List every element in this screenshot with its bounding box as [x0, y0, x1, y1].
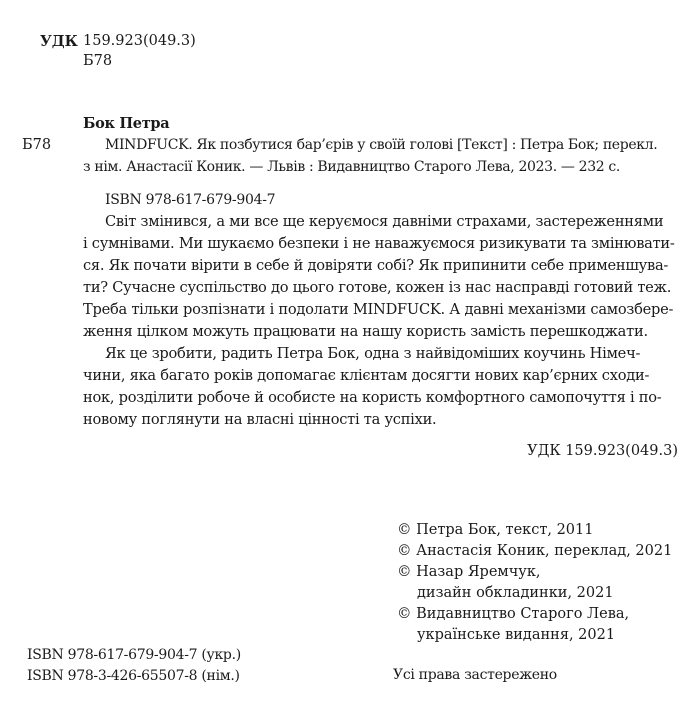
- cutter-code-left: Б78: [22, 137, 51, 153]
- udk-footer: УДК 159.923(049.3): [527, 443, 678, 459]
- annotation-line: ти? Сучасне суспільство до цього готове,…: [83, 277, 677, 299]
- udk-label: УДК: [40, 33, 78, 50]
- copyright-block: © Петра Бок, текст, 2011 © Анастасія Кон…: [397, 520, 672, 646]
- annotation-line: чини, яка багато років допомагає клієнта…: [83, 365, 677, 387]
- author-heading: Бок Петра: [83, 115, 169, 132]
- rights-notice: Усі права застережено: [393, 667, 557, 683]
- bibliographic-description-line: з нім. Анастасії Коник. — Львів : Видавн…: [83, 159, 620, 175]
- copyright-line: © Назар Яремчук,: [397, 562, 672, 583]
- copyright-line: © Петра Бок, текст, 2011: [397, 520, 672, 541]
- copyright-line: дизайн обкладинки, 2021: [397, 583, 672, 604]
- annotation-paragraph-2: Як це зробити, радить Петра Бок, одна з …: [83, 343, 677, 431]
- annotation-line: Як це зробити, радить Петра Бок, одна з …: [83, 343, 677, 365]
- bibliographic-description-line: MINDFUCK. Як позбутися бар’єрів у своїй …: [105, 137, 657, 153]
- isbn-german: ISBN 978-3-426-65507-8 (нім.): [27, 666, 241, 687]
- isbn-record: ISBN 978-617-679-904-7: [105, 192, 275, 208]
- cutter-code: Б78: [83, 53, 112, 69]
- annotation-line: новому поглянути на власні цінності та у…: [83, 409, 677, 431]
- annotation-paragraph-1: Світ змінився, а ми все ще керуємося дав…: [83, 211, 677, 343]
- copyright-line: © Анастасія Коник, переклад, 2021: [397, 541, 672, 562]
- isbn-ukrainian: ISBN 978-617-679-904-7 (укр.): [27, 645, 241, 666]
- annotation-line: ження цілком можуть працювати на нашу ко…: [83, 321, 677, 343]
- annotation-line: Треба тільки розпізнати і подолати MINDF…: [83, 299, 677, 321]
- annotation-line: ся. Як почати вірити в себе й довіряти с…: [83, 255, 677, 277]
- udk-code: 159.923(049.3): [83, 33, 196, 49]
- isbn-list: ISBN 978-617-679-904-7 (укр.) ISBN 978-3…: [27, 645, 241, 687]
- annotation-line: нок, розділити робоче й особисте на кори…: [83, 387, 677, 409]
- annotation-line: і сумнівами. Ми шукаємо безпеки і не нав…: [83, 233, 677, 255]
- copyright-line: © Видавництво Старого Лева,: [397, 604, 672, 625]
- annotation-line: Світ змінився, а ми все ще керуємося дав…: [83, 211, 677, 233]
- copyright-line: українське видання, 2021: [397, 625, 672, 646]
